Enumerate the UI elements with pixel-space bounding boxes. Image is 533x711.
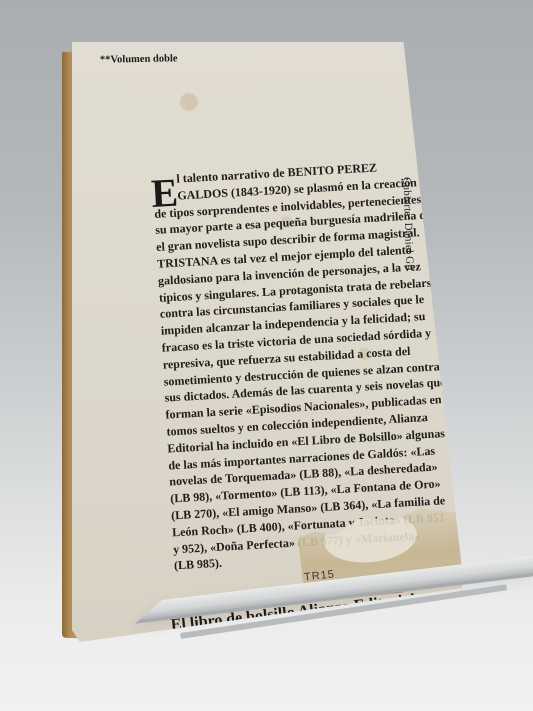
drop-cap: E (150, 175, 179, 212)
cover-text-block: **Volumen doble E l talento narrativo de… (72, 42, 462, 642)
book: **Volumen doble E l talento narrativo de… (60, 42, 460, 642)
book-back-cover: **Volumen doble E l talento narrativo de… (72, 42, 462, 642)
volume-note: **Volumen doble (100, 53, 178, 65)
photo-scene: **Volumen doble E l talento narrativo de… (0, 0, 533, 711)
